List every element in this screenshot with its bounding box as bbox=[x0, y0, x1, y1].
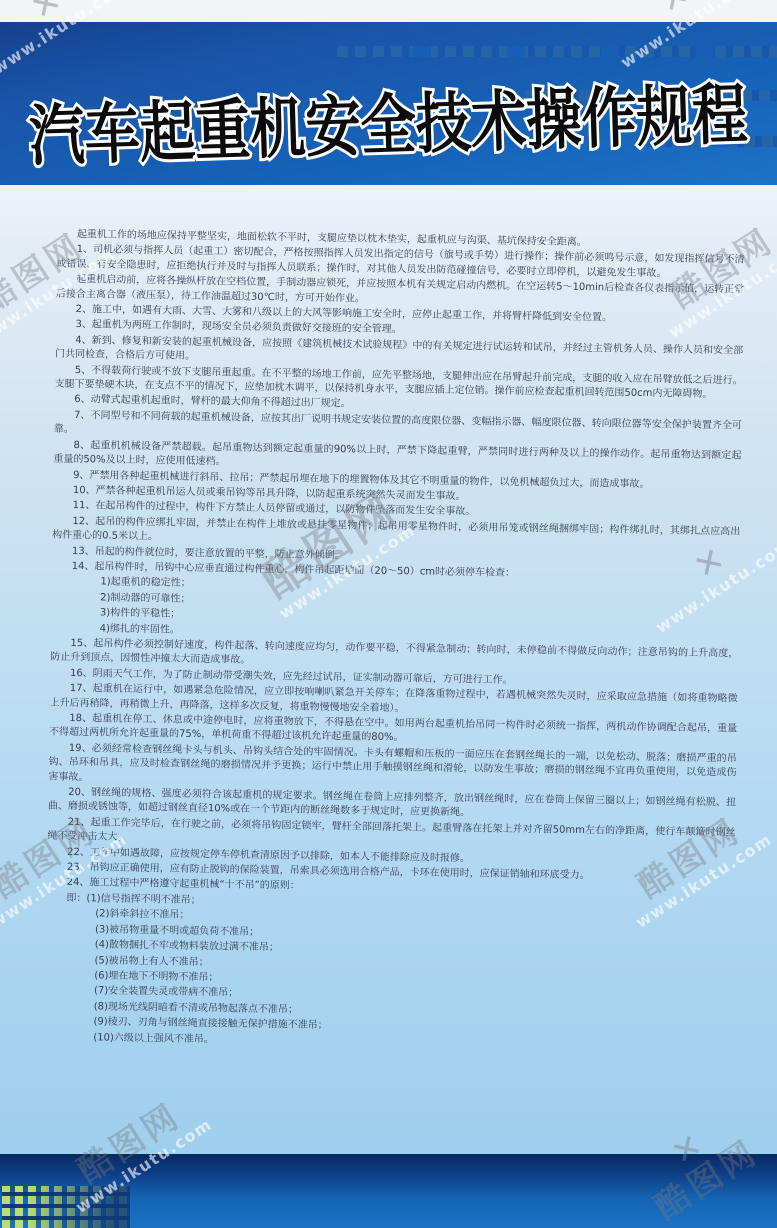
safety-procedures-poster: 汽车起重机安全技术操作规程 起重机工作的场地应保持平整坚实，地面松软不平时，支腿… bbox=[0, 0, 777, 1228]
pixel-grid-decoration bbox=[2, 1186, 130, 1228]
poster-title-text: 汽车起重机安全技术操作规程 bbox=[28, 76, 748, 176]
procedures-list: 起重机工作的场地应保持平整坚实，地面松软不平时，支腿应垫以枕木垫实，起重机应与沟… bbox=[44, 228, 745, 1057]
footer-band bbox=[0, 1152, 777, 1228]
top-margin-strip bbox=[0, 0, 777, 24]
poster-title: 汽车起重机安全技术操作规程 bbox=[0, 52, 777, 192]
